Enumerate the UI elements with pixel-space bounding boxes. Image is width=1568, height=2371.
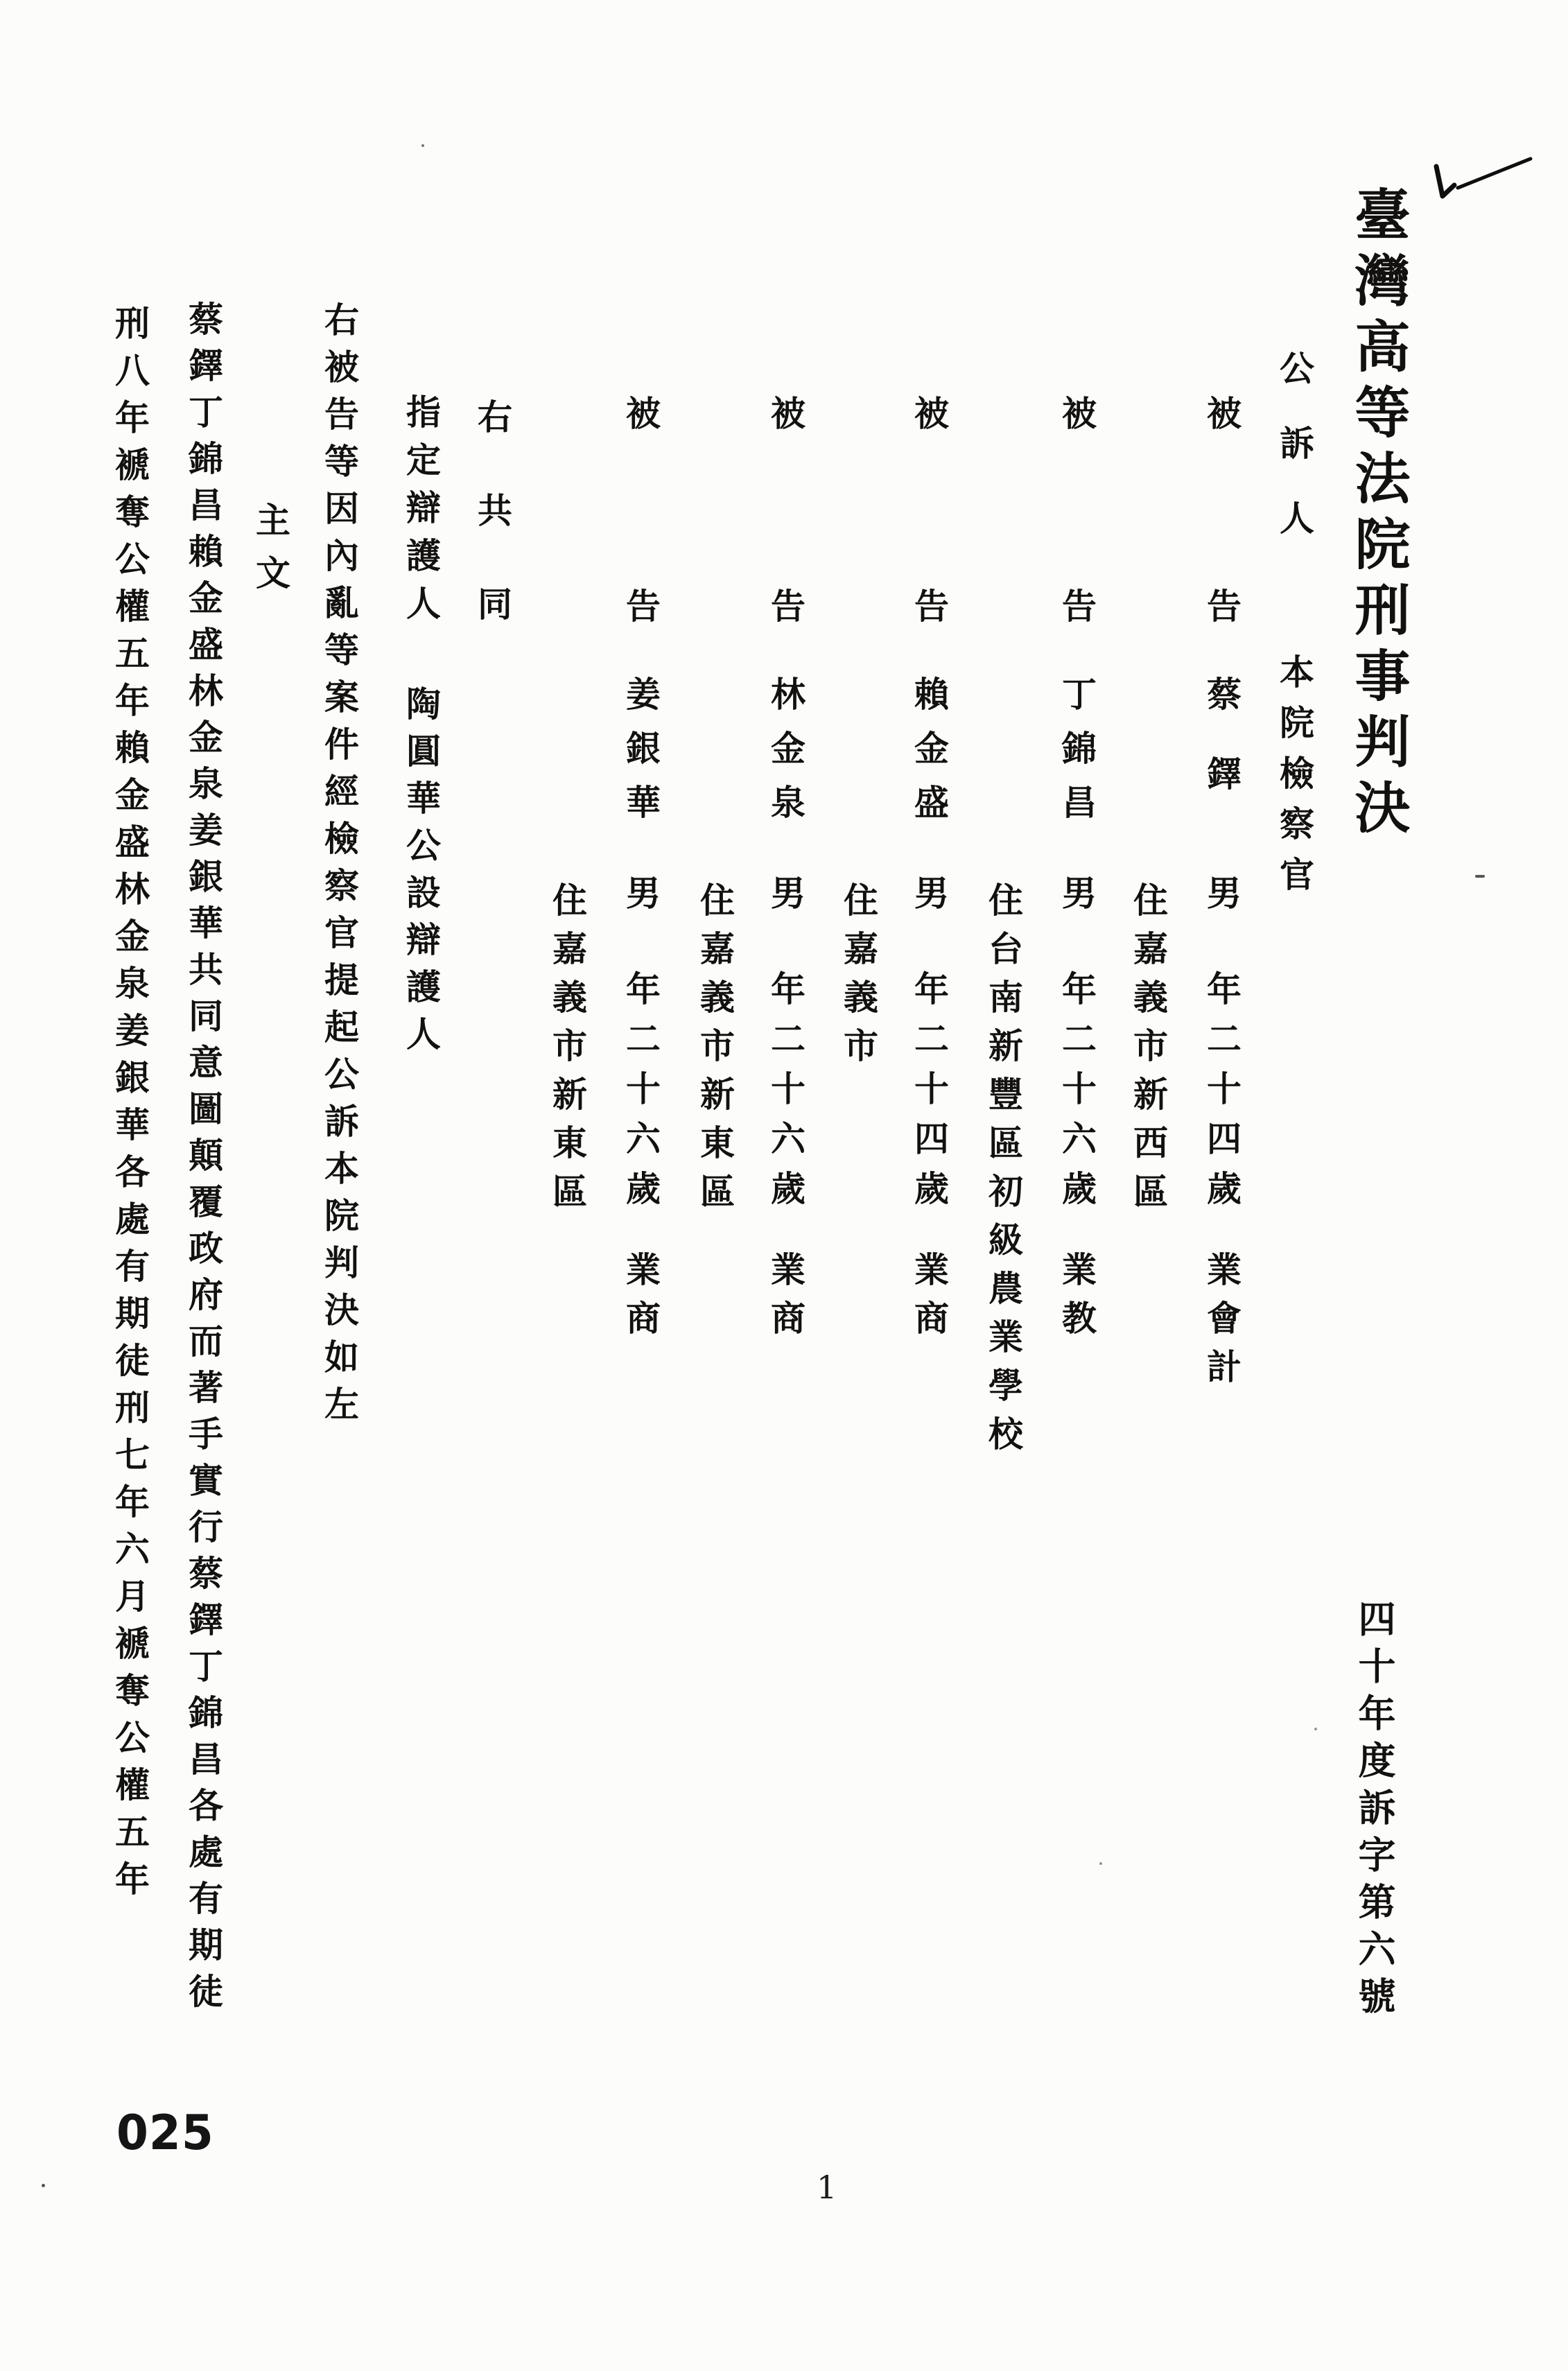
- defendant-5-occupation: 業商: [623, 1251, 658, 1348]
- defendant-2-sex: 男: [1059, 875, 1094, 910]
- scan-speck: [42, 2184, 45, 2187]
- defendant-3-occupation: 業商: [912, 1251, 946, 1348]
- scan-speck: [421, 144, 424, 147]
- defendant-1-age: 年二十四歲: [1204, 971, 1239, 1220]
- court-title: 臺灣高等法院刑事判決: [1350, 186, 1406, 844]
- defendant-4-age: 年二十六歲: [768, 971, 803, 1220]
- defendant-5-age: 年二十六歲: [623, 971, 658, 1220]
- defendant-5-sex: 男: [623, 875, 658, 910]
- defendant-2-age: 年二十六歲: [1059, 971, 1094, 1220]
- prosecution-value: 本院檢察官: [1277, 654, 1312, 907]
- page-number: 1: [817, 2169, 837, 2206]
- scanned-judgment-page: 臺灣高等法院刑事判決 四十年度訴字第六號 公訴人 本院檢察官 被告 蔡鐸 男 年…: [0, 0, 1568, 2371]
- case-number: 四十年度訴字第六號: [1356, 1599, 1393, 2024]
- handwritten-check-mark: [1427, 151, 1544, 211]
- defendant-2-residence: 住台南新豐區初級農業學校: [986, 882, 1020, 1464]
- defense-role-label: 指定辯護人: [403, 394, 438, 633]
- defendant-1-name: 蔡鐸: [1204, 676, 1239, 835]
- defendant-2-name: 丁錦昌: [1059, 676, 1094, 838]
- holding-line-1: 蔡鐸丁錦昌賴金盛林金泉姜銀華共同意圖顛覆政府而著手實行蔡鐸丁錦昌各處有期徒: [186, 301, 220, 2020]
- defendant-3-name: 賴金盛: [912, 676, 946, 838]
- defendant-1-sex: 男: [1204, 875, 1239, 910]
- defendant-5-name: 姜銀華: [623, 676, 658, 838]
- defendant-4-name: 林金泉: [768, 676, 803, 838]
- defendant-5-residence: 住嘉義市新東區: [550, 882, 584, 1222]
- defense-counsel-name: 陶圓華公設辯護人: [403, 686, 438, 1063]
- prosecution-label: 公訴人: [1277, 350, 1312, 575]
- defendant-4-occupation: 業商: [768, 1251, 803, 1348]
- holding-line-2: 刑八年褫奪公權五年賴金盛林金泉姜銀華各處有期徒刑七年六月褫奪公權五年: [112, 305, 147, 1908]
- defendant-3-residence: 住嘉義市: [841, 882, 876, 1076]
- scan-speck: [1475, 875, 1485, 878]
- defendant-3-sex: 男: [912, 875, 946, 910]
- procedural-statement: 右被告等因內亂等案件經檢察官提起公訴本院判決如左: [322, 302, 356, 1433]
- scan-speck: [1099, 1862, 1102, 1865]
- defendant-1-residence: 住嘉義市新西區: [1131, 882, 1165, 1222]
- defendant-4-residence: 住嘉義市新東區: [697, 882, 732, 1222]
- defendant-2-occupation: 業教: [1059, 1251, 1094, 1348]
- defense-joint-label: 右共同: [475, 399, 509, 679]
- defendant-4-sex: 男: [768, 875, 803, 910]
- archive-stamp-number: 025: [116, 2105, 214, 2161]
- scan-speck: [1314, 1728, 1317, 1730]
- defendant-3-age: 年二十四歲: [912, 971, 946, 1220]
- defendant-1-occupation: 業會計: [1204, 1251, 1239, 1397]
- main-text-heading: 主文: [253, 502, 288, 607]
